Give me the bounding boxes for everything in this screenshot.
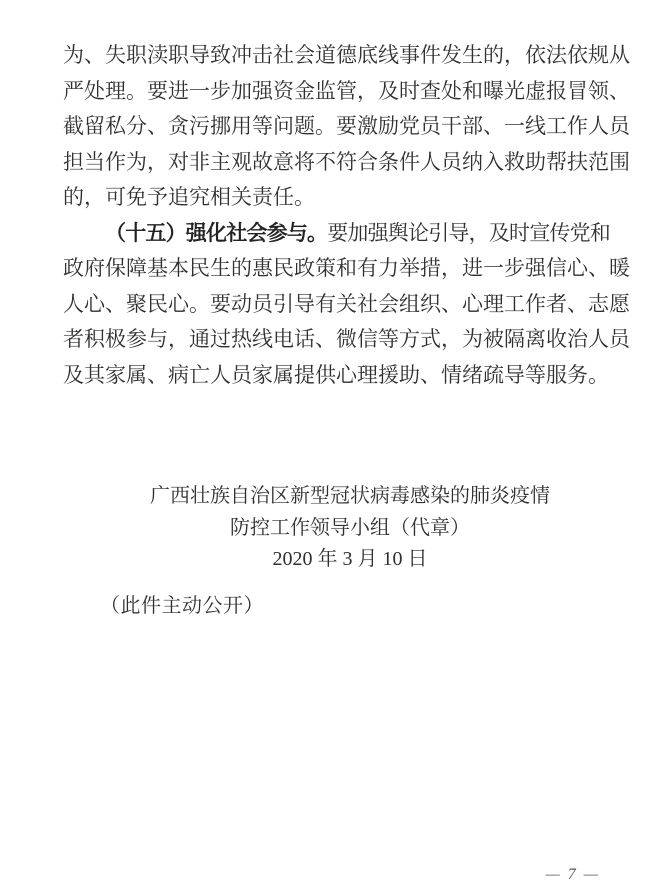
signature-org-line2: 防控工作领导小组（代章） (30, 513, 670, 545)
signature-date: 2020 年 3 月 10 日 (30, 544, 670, 576)
body-text-line: 截留私分、贪污挪用等问题。要激励党员干部、一线工作人员 (63, 109, 609, 145)
body-text-line: 的，可免予追究相关责任。 (63, 180, 609, 216)
body-text-line: 者积极参与，通过热线电话、微信等方式，为被隔离收治人员 (63, 322, 609, 358)
section-heading: （十五）强化社会参与。 (105, 221, 327, 245)
document-body: 为、失职渎职导致冲击社会道德底线事件发生的，依法依规从 严处理。要进一步加强资金… (63, 38, 609, 393)
disclosure-note: （此件主动公开） (100, 593, 264, 620)
body-text-line: 严处理。要进一步加强资金监管，及时查处和曝光虚报冒领、 (63, 74, 609, 110)
body-text-line: 政府保障基本民生的惠民政策和有力举措，进一步强信心、暖 (63, 251, 609, 287)
page-number: — 7 — (546, 866, 600, 884)
signature-org-line1: 广西壮族自治区新型冠状病毒感染的肺炎疫情 (30, 481, 670, 513)
body-paragraph-1: 为、失职渎职导致冲击社会道德底线事件发生的，依法依规从 严处理。要进一步加强资金… (63, 38, 609, 216)
body-text-line: 担当作为，对非主观故意将不符合条件人员纳入救助帮扶范围 (63, 145, 609, 181)
body-text-segment: 要加强舆论引导，及时宣传党和 (327, 221, 610, 245)
document-page: 为、失职渎职导致冲击社会道德底线事件发生的，依法依规从 严处理。要进一步加强资金… (0, 0, 670, 893)
body-text-line: 及其家属、病亡人员家属提供心理援助、情绪疏导等服务。 (63, 358, 609, 394)
body-text-line: 人心、聚民心。要动员引导有关社会组织、心理工作者、志愿 (63, 287, 609, 323)
body-text-line: （十五）强化社会参与。要加强舆论引导，及时宣传党和 (63, 216, 609, 252)
signature-block: 广西壮族自治区新型冠状病毒感染的肺炎疫情 防控工作领导小组（代章） 2020 年… (30, 481, 670, 576)
body-paragraph-2: （十五）强化社会参与。要加强舆论引导，及时宣传党和 政府保障基本民生的惠民政策和… (63, 216, 609, 394)
body-text-line: 为、失职渎职导致冲击社会道德底线事件发生的，依法依规从 (63, 38, 609, 74)
